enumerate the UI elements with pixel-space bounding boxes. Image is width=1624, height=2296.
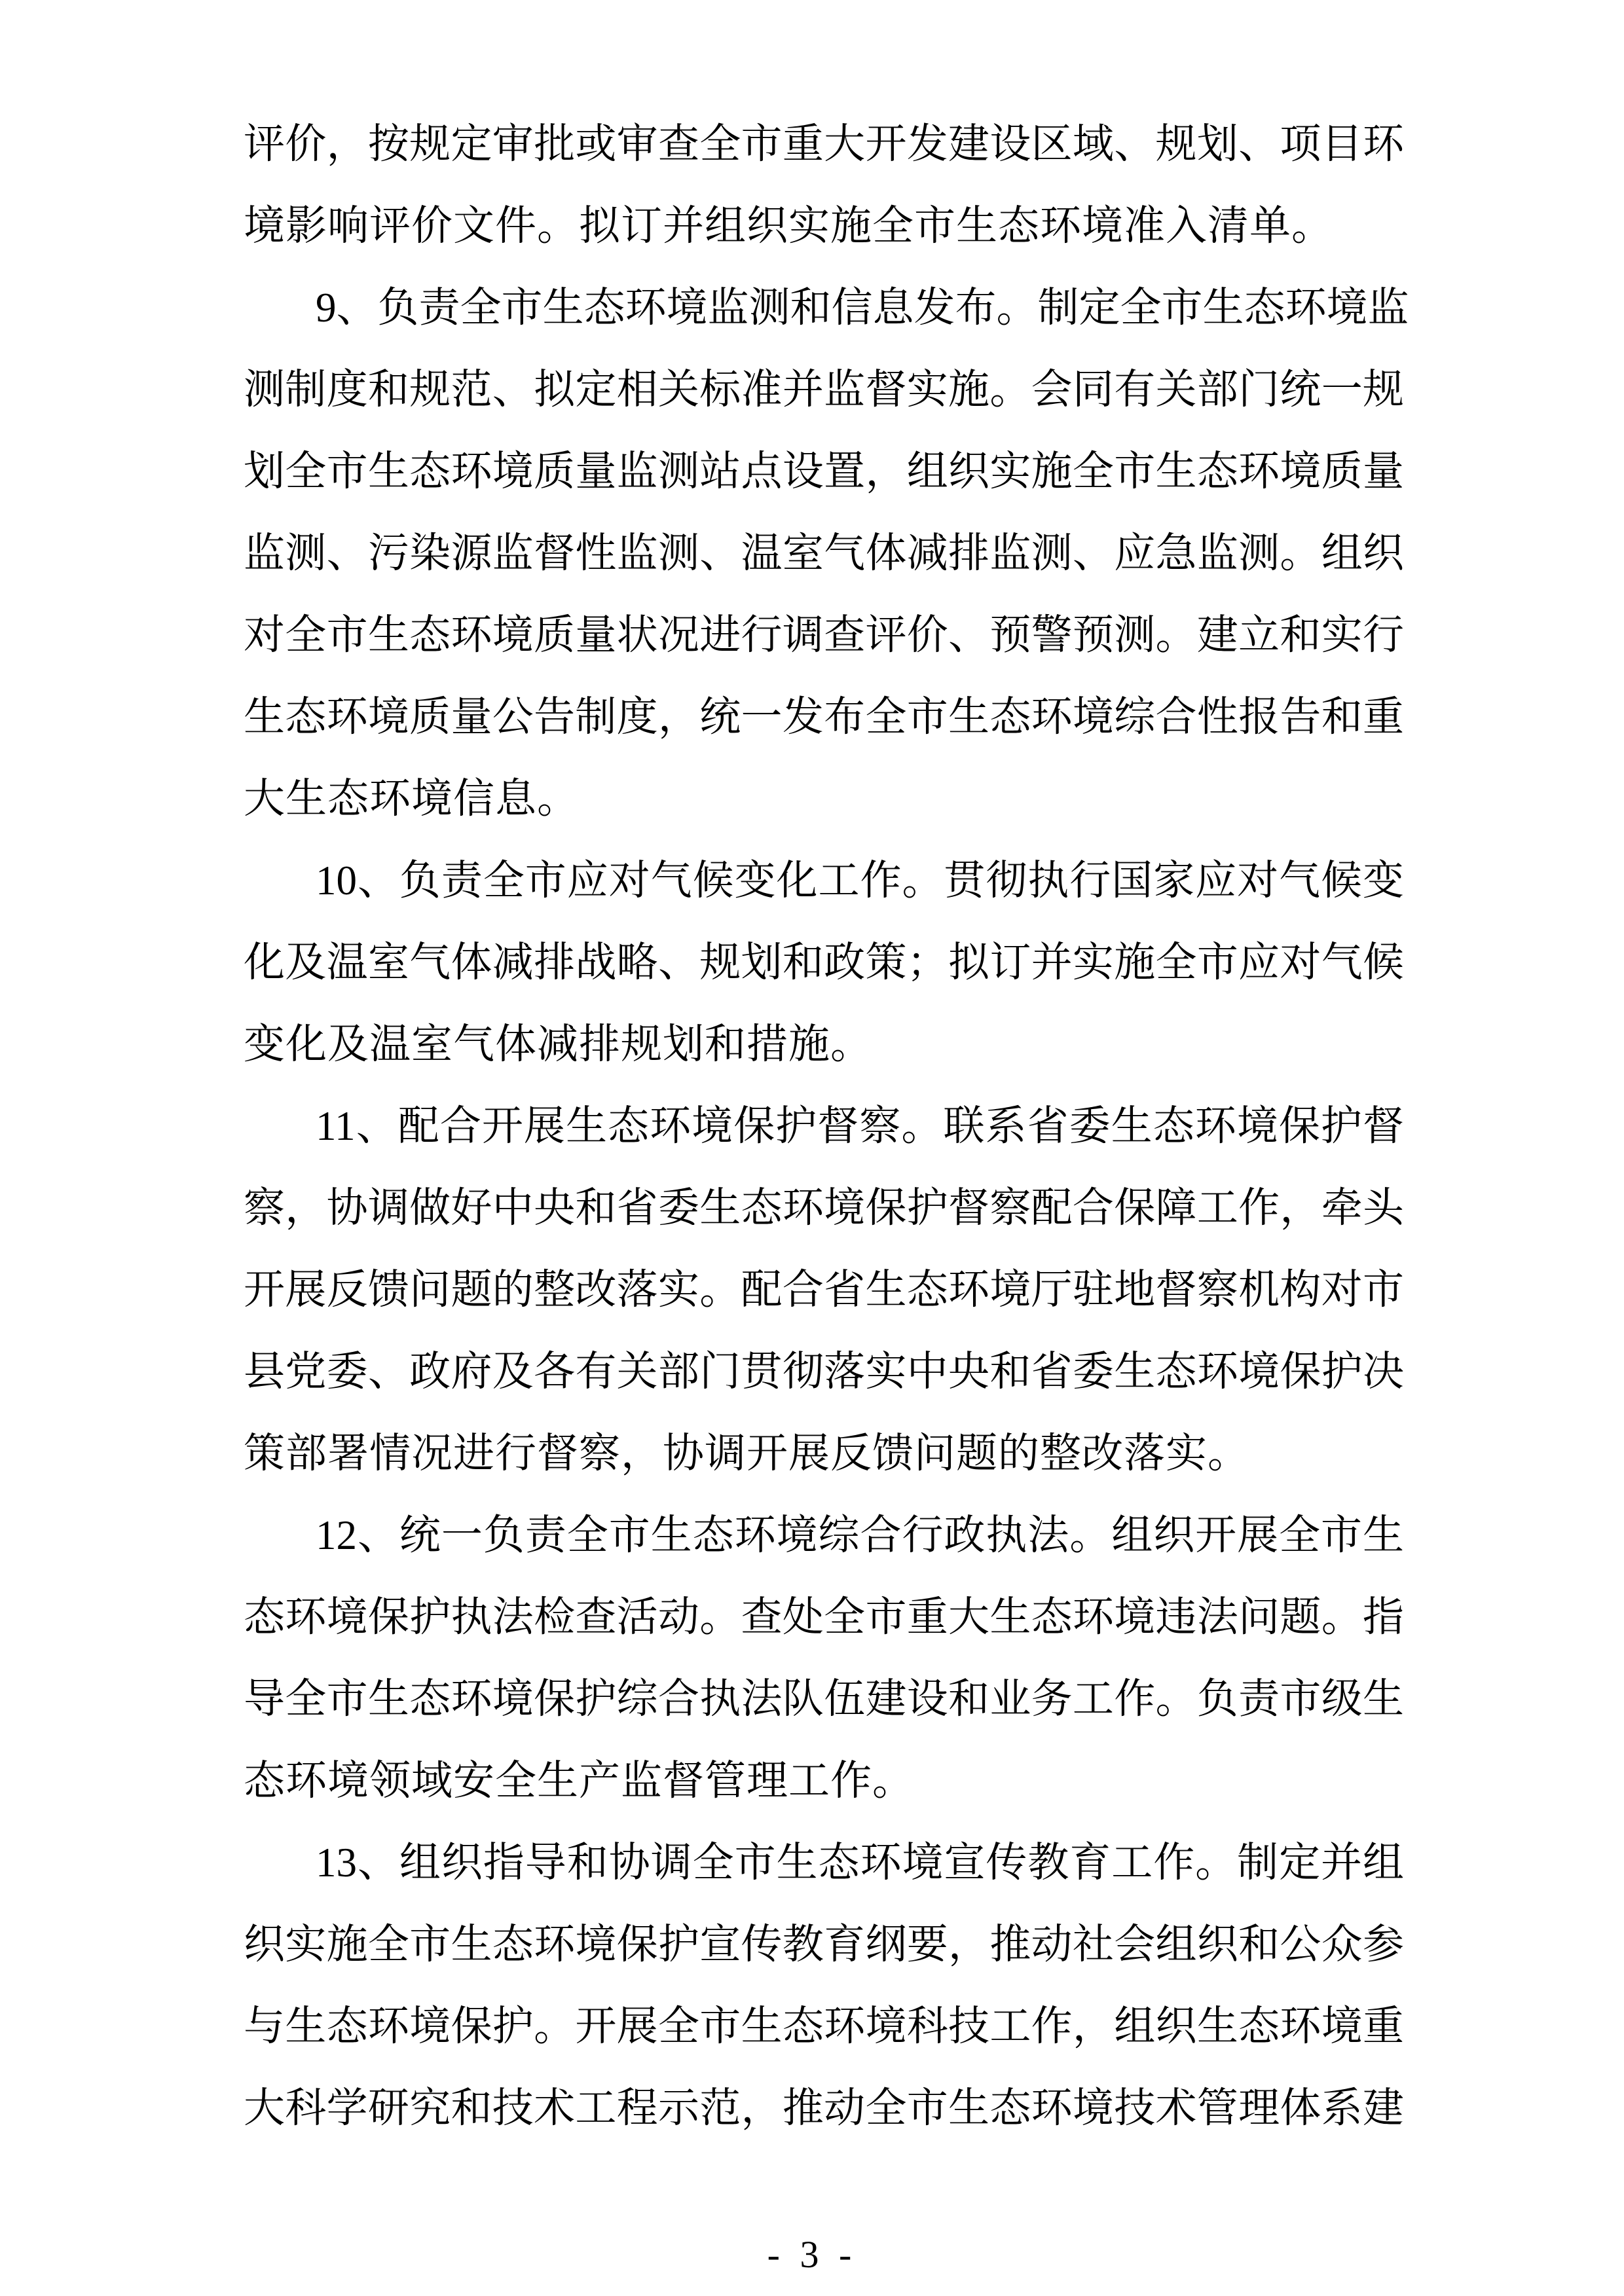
text-line: 开展反馈问题的整改落实。配合省生态环境厅驻地督察机构对市 <box>244 1249 1404 1331</box>
document-body: 评价，按规定审批或审查全市重大开发建设区域、规划、项目环 境影响评价文件。拟订并… <box>244 103 1404 2149</box>
text-line: 变化及温室气体减排规划和措施。 <box>244 1004 1404 1085</box>
text-line: 12、统一负责全市生态环境综合行政执法。组织开展全市生 <box>244 1495 1404 1576</box>
paragraph-item-13: 13、组织指导和协调全市生态环境宣传教育工作。制定并组 织实施全市生态环境保护宣… <box>244 1822 1404 2149</box>
text-line: 大科学研究和技术工程示范，推动全市生态环境技术管理体系建 <box>244 2068 1404 2149</box>
text-line: 9、负责全市生态环境监测和信息发布。制定全市生态环境监 <box>244 267 1404 349</box>
text-line: 态环境保护执法检查活动。查处全市重大生态环境违法问题。指 <box>244 1576 1404 1658</box>
paragraph-item-10: 10、负责全市应对气候变化工作。贯彻执行国家应对气候变 化及温室气体减排战略、规… <box>244 840 1404 1085</box>
paragraph-continuation: 评价，按规定审批或审查全市重大开发建设区域、规划、项目环 境影响评价文件。拟订并… <box>244 103 1404 267</box>
text-line: 织实施全市生态环境保护宣传教育纲要，推动社会组织和公众参 <box>244 1904 1404 1986</box>
text-line: 划全市生态环境质量监测站点设置，组织实施全市生态环境质量 <box>244 431 1404 513</box>
text-line: 与生态环境保护。开展全市生态环境科技工作，组织生态环境重 <box>244 1986 1404 2068</box>
paragraph-item-9: 9、负责全市生态环境监测和信息发布。制定全市生态环境监 测制度和规范、拟定相关标… <box>244 267 1404 840</box>
text-line: 生态环境质量公告制度，统一发布全市生态环境综合性报告和重 <box>244 676 1404 758</box>
text-line: 导全市生态环境保护综合执法队伍建设和业务工作。负责市级生 <box>244 1658 1404 1740</box>
text-line: 测制度和规范、拟定相关标准并监督实施。会同有关部门统一规 <box>244 349 1404 431</box>
text-line: 态环境领域安全生产监督管理工作。 <box>244 1740 1404 1822</box>
document-page: 评价，按规定审批或审查全市重大开发建设区域、规划、项目环 境影响评价文件。拟订并… <box>0 0 1624 2296</box>
text-line: 化及温室气体减排战略、规划和政策；拟订并实施全市应对气候 <box>244 922 1404 1004</box>
text-line: 县党委、政府及各有关部门贯彻落实中央和省委生态环境保护决 <box>244 1331 1404 1413</box>
paragraph-item-12: 12、统一负责全市生态环境综合行政执法。组织开展全市生 态环境保护执法检查活动。… <box>244 1495 1404 1822</box>
text-line: 10、负责全市应对气候变化工作。贯彻执行国家应对气候变 <box>244 840 1404 922</box>
text-line: 11、配合开展生态环境保护督察。联系省委生态环境保护督 <box>244 1085 1404 1167</box>
text-line: 评价，按规定审批或审查全市重大开发建设区域、规划、项目环 <box>244 103 1404 185</box>
text-line: 境影响评价文件。拟订并组织实施全市生态环境准入清单。 <box>244 185 1404 267</box>
text-line: 大生态环境信息。 <box>244 758 1404 840</box>
text-line: 察，协调做好中央和省委生态环境保护督察配合保障工作，牵头 <box>244 1167 1404 1249</box>
text-line: 策部署情况进行督察，协调开展反馈问题的整改落实。 <box>244 1413 1404 1495</box>
text-line: 13、组织指导和协调全市生态环境宣传教育工作。制定并组 <box>244 1822 1404 1904</box>
page-number: - 3 - <box>0 2229 1624 2281</box>
paragraph-item-11: 11、配合开展生态环境保护督察。联系省委生态环境保护督 察，协调做好中央和省委生… <box>244 1085 1404 1495</box>
text-line: 对全市生态环境质量状况进行调查评价、预警预测。建立和实行 <box>244 594 1404 676</box>
text-line: 监测、污染源监督性监测、温室气体减排监测、应急监测。组织 <box>244 513 1404 594</box>
